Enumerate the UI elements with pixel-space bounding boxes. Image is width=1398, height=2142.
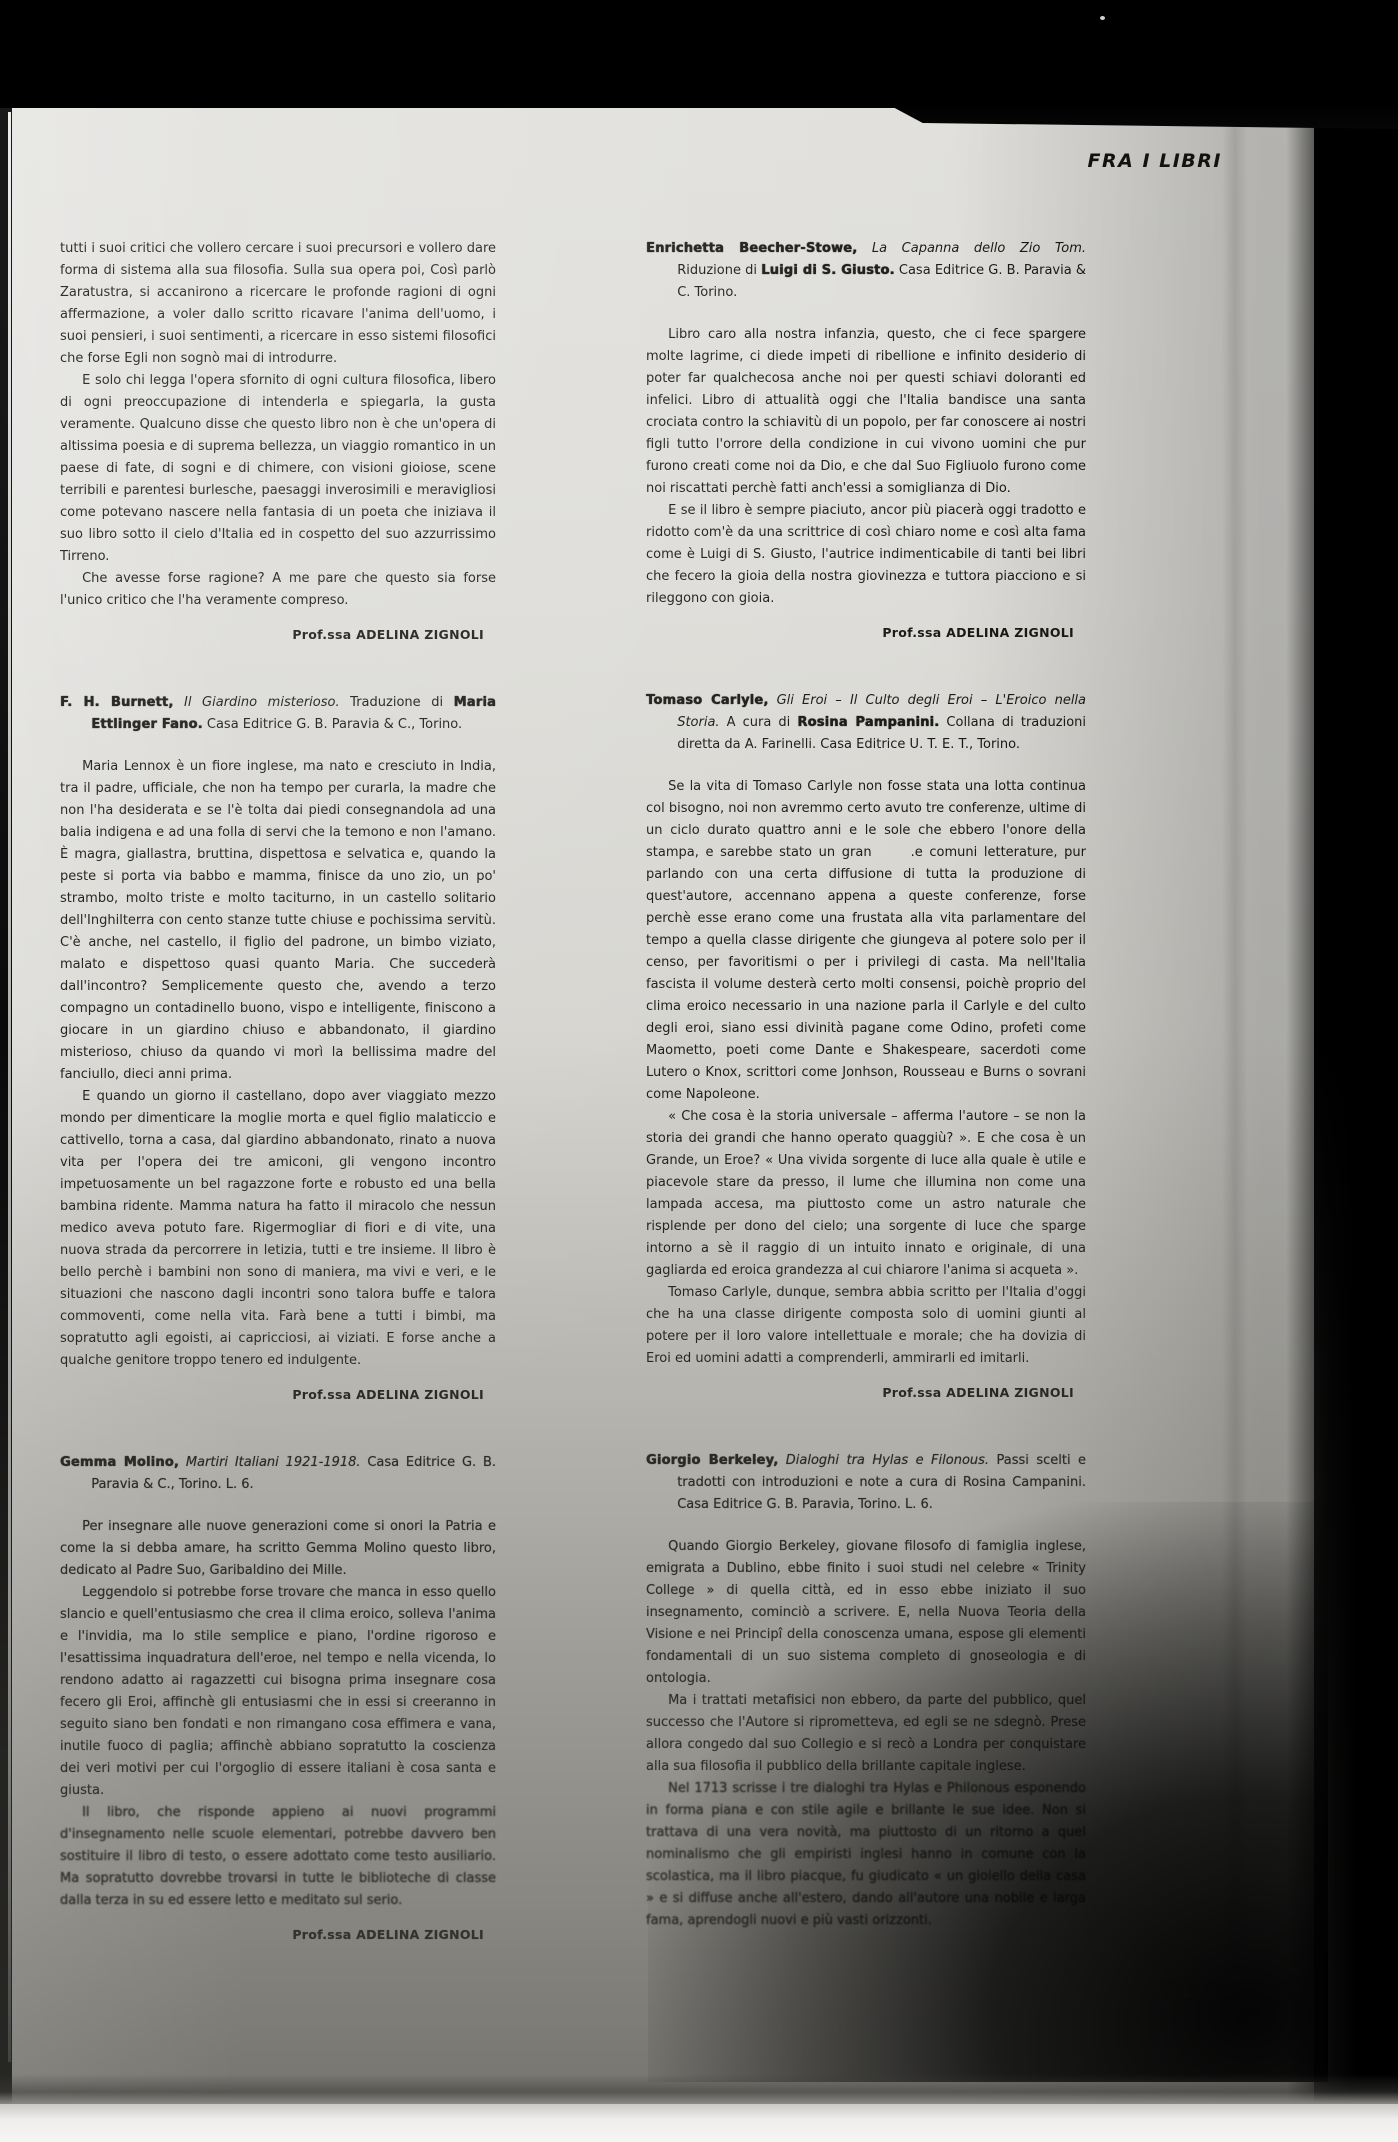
paragraph: Per insegnare alle nuove generazioni com… (60, 1516, 496, 1582)
heading-text-run: Enrichetta Beecher-Stowe, (646, 241, 857, 256)
paragraph: Libro caro alla nostra infanzia, questo,… (646, 324, 1086, 500)
page-number: 91 (1160, 1974, 1195, 2003)
review-body: Se la vita di Tomaso Carlyle non fosse s… (646, 776, 1086, 1370)
heading-text-run: F. H. Burnett, (60, 695, 173, 710)
review-body: Maria Lennox è un fiore inglese, ma nato… (60, 756, 496, 1372)
review-nietzsche: tutti i suoi critici che vollero cercare… (60, 238, 496, 646)
scanned-page: FRA I LIBRI tutti i suoi critici che vol… (12, 0, 1314, 2106)
paragraph: Ma i trattati metafisici non ebbero, da … (646, 1690, 1086, 1778)
running-header: FRA I LIBRI (1088, 150, 1222, 172)
reviewer-signature: Prof.ssa ADELINA ZIGNOLI (60, 1384, 496, 1406)
review-body: Per insegnare alle nuove generazioni com… (60, 1516, 496, 1912)
book-heading: Giorgio Berkeley, Dialoghi tra Hylas e F… (646, 1450, 1086, 1516)
review-molino: Gemma Molino, Martiri Italiani 1921-1918… (60, 1452, 496, 1946)
review-body: Libro caro alla nostra infanzia, questo,… (646, 324, 1086, 610)
heading-text-run: Luigi di S. Giusto. (761, 263, 895, 278)
review-beecher-stowe: Enrichetta Beecher-Stowe, La Capanna del… (646, 238, 1086, 644)
heading-text-run: Riduzione di (677, 263, 761, 278)
book-heading: Enrichetta Beecher-Stowe, La Capanna del… (646, 238, 1086, 304)
reviewer-signature: Prof.ssa ADELINA ZIGNOLI (60, 624, 496, 646)
right-column: Enrichetta Beecher-Stowe, La Capanna del… (646, 238, 1086, 1978)
scanned-photo: FRA I LIBRI tutti i suoi critici che vol… (0, 0, 1398, 2142)
reviewer-signature: Prof.ssa ADELINA ZIGNOLI (60, 1924, 496, 1946)
heading-text-run: Tomaso Carlyle, (646, 693, 768, 708)
paragraph: Che avesse forse ragione? A me pare che … (60, 568, 496, 612)
heading-text-run: Martiri Italiani 1921-1918. (186, 1455, 361, 1470)
review-carlyle: Tomaso Carlyle, Gli Eroi – Il Culto degl… (646, 690, 1086, 1404)
reviewer-signature: Prof.ssa ADELINA ZIGNOLI (646, 622, 1086, 644)
paragraph: E se il libro è sempre piaciuto, ancor p… (646, 500, 1086, 610)
heading-text-run (857, 241, 872, 256)
heading-text-run: Rosina Pampanini. (797, 715, 939, 730)
paragraph: Il libro, che risponde appieno ai nuovi … (60, 1802, 496, 1912)
paragraph: E solo chi legga l'opera sfornito di ogn… (60, 370, 496, 568)
book-heading: Gemma Molino, Martiri Italiani 1921-1918… (60, 1452, 496, 1496)
heading-text-run: Traduzione di (340, 695, 454, 710)
heading-text-run: La Capanna dello Zio Tom. (872, 241, 1086, 256)
page-bottom-edge (0, 2074, 1398, 2104)
heading-text-run: Gemma Molino, (60, 1455, 179, 1470)
book-heading: F. H. Burnett, Il Giardino misterioso. T… (60, 692, 496, 736)
heading-text-run (778, 1453, 785, 1468)
left-column: tutti i suoi critici che vollero cercare… (60, 238, 496, 1992)
paragraph: Tomaso Carlyle, dunque, sembra abbia scr… (646, 1282, 1086, 1370)
paragraph: Quando Giorgio Berkeley, giovane filosof… (646, 1536, 1086, 1690)
review-body: tutti i suoi critici che vollero cercare… (60, 238, 496, 612)
heading-text-run: Giorgio Berkeley, (646, 1453, 778, 1468)
paragraph: Leggendolo si potrebbe forse trovare che… (60, 1582, 496, 1802)
heading-text-run: Il Giardino misterioso. (184, 695, 340, 710)
heading-text-run (768, 693, 776, 708)
paragraph: Nel 1713 scrisse i tre dialoghi tra Hyla… (646, 1778, 1086, 1932)
heading-text-run: Casa Editrice G. B. Paravia & C., Torino… (203, 717, 462, 732)
review-berkeley: Giorgio Berkeley, Dialoghi tra Hylas e F… (646, 1450, 1086, 1932)
heading-text-run: Dialoghi tra Hylas e Filonous. (786, 1453, 989, 1468)
review-body: Quando Giorgio Berkeley, giovane filosof… (646, 1536, 1086, 1932)
paragraph: tutti i suoi critici che vollero cercare… (60, 238, 496, 370)
dust-speck (1100, 16, 1105, 20)
paragraph: E quando un giorno il castellano, dopo a… (60, 1086, 496, 1372)
paragraph: Maria Lennox è un fiore inglese, ma nato… (60, 756, 496, 1086)
review-burnett: F. H. Burnett, Il Giardino misterioso. T… (60, 692, 496, 1406)
paragraph: Se la vita di Tomaso Carlyle non fosse s… (646, 776, 1086, 1106)
paragraph: « Che cosa è la storia universale – affe… (646, 1106, 1086, 1282)
heading-text-run (179, 1455, 186, 1470)
heading-text-run: A cura di (720, 715, 798, 730)
photo-bottom-strip (0, 2104, 1398, 2142)
reviewer-signature: Prof.ssa ADELINA ZIGNOLI (646, 1382, 1086, 1404)
page-left-edge-highlight (8, 112, 11, 2062)
heading-text-run (173, 695, 184, 710)
page-right-shadow (1286, 0, 1398, 2142)
book-heading: Tomaso Carlyle, Gli Eroi – Il Culto degl… (646, 690, 1086, 756)
